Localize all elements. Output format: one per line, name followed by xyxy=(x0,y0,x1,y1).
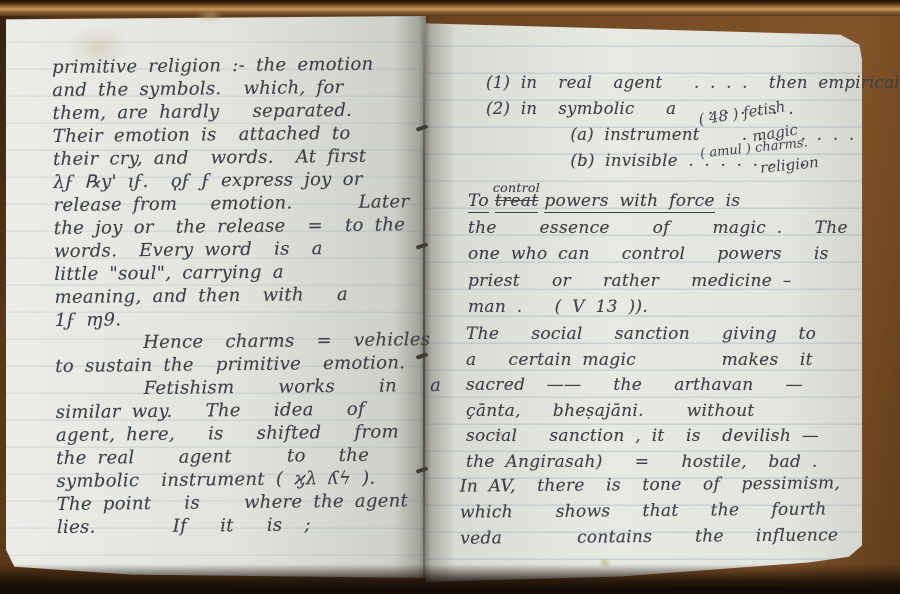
handwritten-line: which shows that the fourth xyxy=(460,496,841,525)
table-top-edge xyxy=(0,0,900,16)
outline-item: (1) in real agent . . . . then empirical xyxy=(486,70,900,96)
handwritten-line: The point is where the agent xyxy=(57,489,443,516)
underlined-text: To xyxy=(468,191,489,213)
handwritten-line: social sanction , it is devilish — xyxy=(466,424,819,450)
handwritten-line: a certain magic makes it xyxy=(466,348,819,374)
right-page-paragraph-magic: Totreatcontrolpowers with force is the e… xyxy=(468,188,848,321)
right-page-paragraph-sanction: The social sanction giving to a certain … xyxy=(466,322,819,475)
handwritten-line: Fetishism works in a xyxy=(55,374,441,401)
outline-item: (a) instrument . . . . . . . xyxy=(486,122,900,148)
handwritten-line: lies. If it is ; xyxy=(57,512,443,539)
correction-group: treatcontrol xyxy=(495,191,539,211)
handwritten-line: çānta, bheṣajāni. without xyxy=(466,399,819,425)
handwritten-line: In AV, there is tone of pessimism, xyxy=(460,470,841,499)
handwritten-line: the essence of magic . The xyxy=(468,215,848,242)
handwritten-line: priest or rather medicine – xyxy=(468,268,848,295)
handwritten-line: The social sanction giving to xyxy=(466,322,819,348)
handwritten-line: the joy or the release = to the xyxy=(54,213,440,240)
handwritten-line: agent, here, is shifted from xyxy=(56,420,442,447)
outline-item: (2) in symbolic a . . . . . . xyxy=(486,96,900,122)
handwritten-line: one who can control powers is xyxy=(468,241,848,268)
underlined-text: powers with force xyxy=(544,191,715,213)
handwritten-line-shorthand: man . ( V 13 )). xyxy=(468,294,848,321)
line-tail: is xyxy=(715,191,740,211)
handwritten-line: veda contains the influence xyxy=(460,522,841,551)
inserted-word-above: control xyxy=(493,175,540,202)
handwritten-line-corrected: Totreatcontrolpowers with force is xyxy=(468,188,848,215)
table-bottom-shadow xyxy=(0,564,900,594)
notebook-photo: primitive religion :- the emotion and th… xyxy=(0,0,900,594)
right-page-outline: (1) in real agent . . . . then empirical… xyxy=(486,70,900,174)
left-page-text: primitive religion :- the emotion and th… xyxy=(52,52,443,539)
right-page-paragraph-av: In AV, there is tone of pessimism, which… xyxy=(460,470,841,551)
handwritten-line: sacred —— the arthavan — xyxy=(466,373,819,399)
outline-item: (b) invisible . . . . . . . . xyxy=(486,148,900,174)
